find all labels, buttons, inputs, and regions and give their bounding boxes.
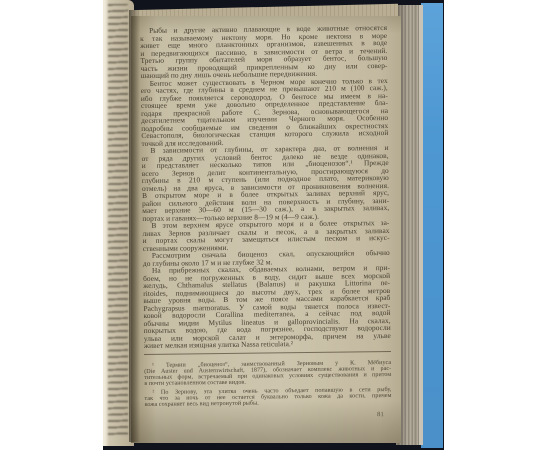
right-page: Рыбы и другие активно плавающие в воде ж… xyxy=(131,16,401,443)
book-photo: Рыбы и другие активно плавающие в воде ж… xyxy=(103,0,444,450)
gutter-shadow xyxy=(129,10,140,442)
paragraph: В зависимости от глубины, от характера д… xyxy=(141,144,389,222)
text-line: живет мелкая изящная улитка Nassa reticu… xyxy=(144,339,391,350)
paragraph: В этом верхнем ярусе открытого моря и в … xyxy=(142,219,389,252)
paragraph: Бентос может существовать в Черном море … xyxy=(141,76,389,147)
paragraph: Рыбы и другие активно плавающие в воде ж… xyxy=(140,24,388,80)
left-page-text-blur xyxy=(108,4,128,436)
footnote: ² По Зернову, эта улитка очень часто объ… xyxy=(144,386,391,407)
fore-edge-highlight xyxy=(419,5,423,445)
paragraph: На прибрежных скалах, обдаваемых волнами… xyxy=(143,264,391,350)
book-cover-blue xyxy=(421,3,443,448)
footnote: ¹ Термин „биоценоз“, заимствованный Зерн… xyxy=(144,359,391,386)
page-text: Рыбы и другие активно плавающие в воде ж… xyxy=(140,24,392,420)
footnote-rule xyxy=(144,350,391,354)
